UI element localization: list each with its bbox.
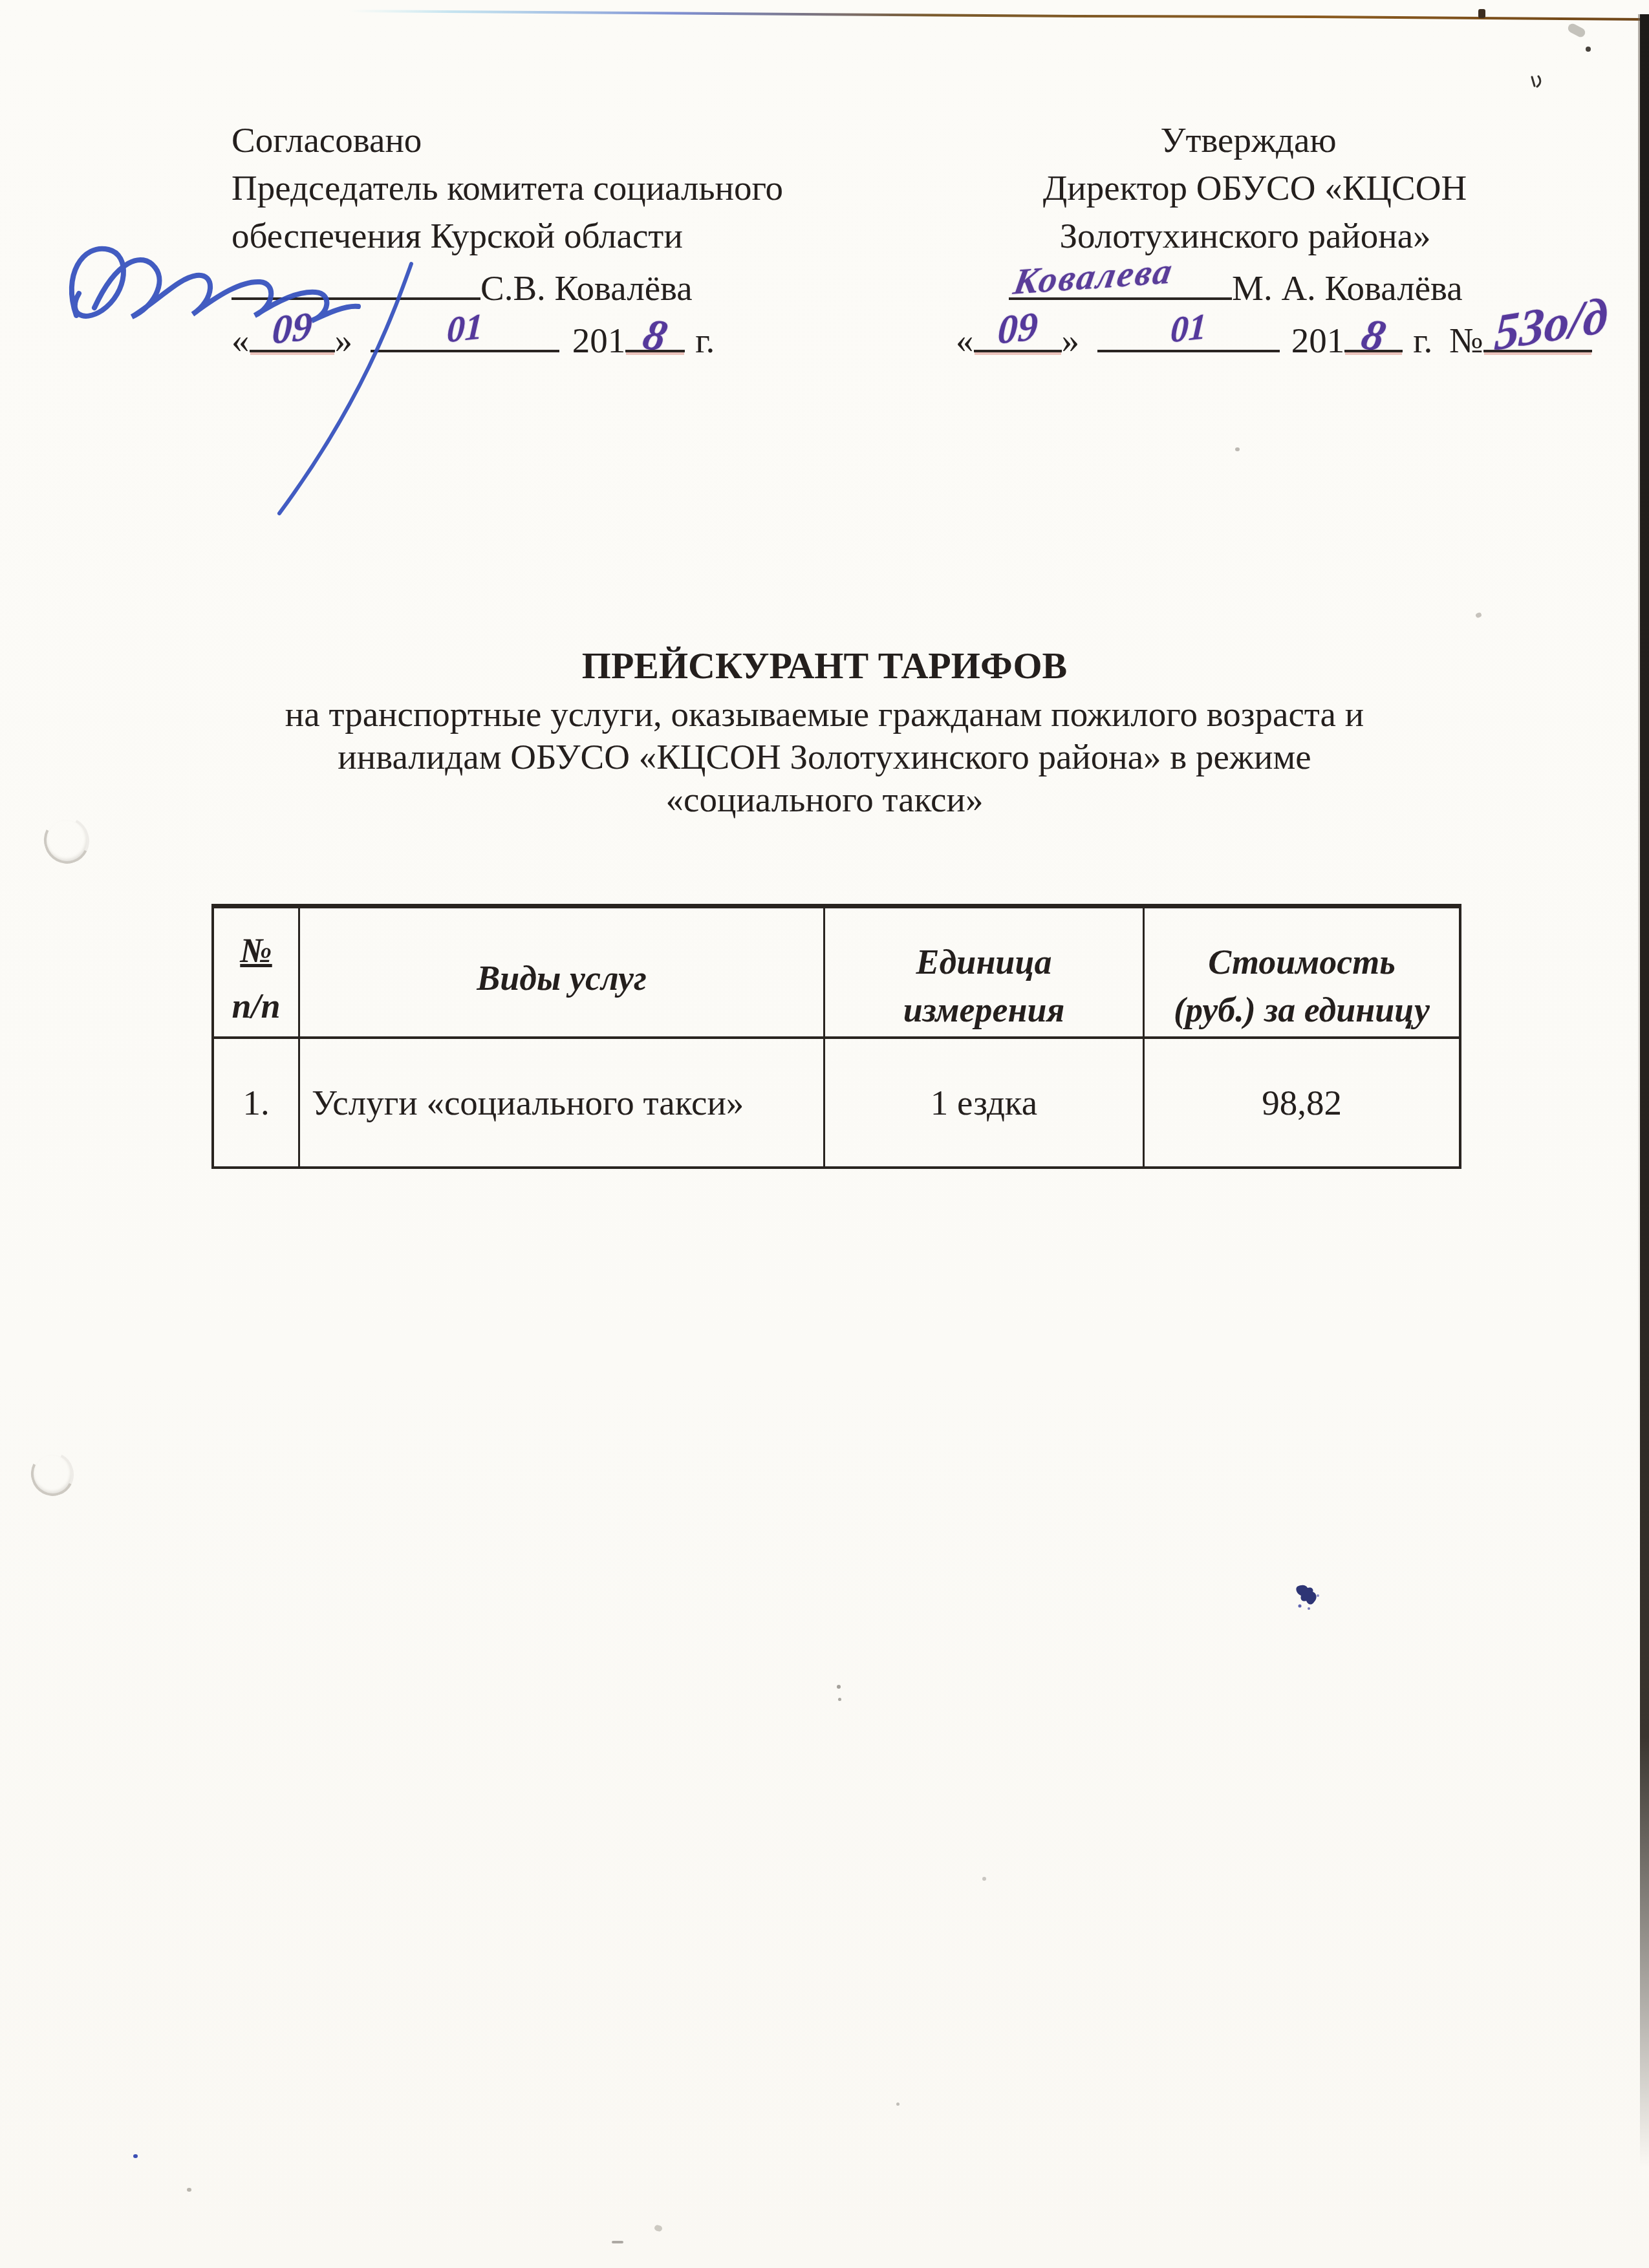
agreed-year-handwritten: 8: [621, 312, 689, 358]
table-header-services: Виды услуг: [300, 908, 825, 1039]
hole-punch-mark-bottom: [25, 1446, 80, 1501]
approved-signature-blank: Ковалева: [1009, 260, 1232, 300]
table-row-cost: 98,82: [1145, 1039, 1459, 1166]
approved-year-handwritten: 8: [1341, 312, 1407, 358]
scan-speck: [838, 1698, 841, 1701]
table-header-num-sign: №: [240, 923, 272, 978]
agreed-year-blank: 8: [625, 312, 685, 352]
approved-year-prefix: 201: [1291, 321, 1345, 360]
document-subtitle-line2: инвалидам ОБУСО «КЦСОН Золотухинского ра…: [0, 736, 1649, 778]
signature-scribble-agreed: [57, 230, 445, 534]
approved-org-line1: Директор ОБУСО «КЦСОН: [956, 164, 1649, 212]
ink-blot: [1292, 1581, 1324, 1612]
approved-signature-script: Ковалева: [1011, 253, 1176, 301]
quote-close: »: [1062, 321, 1080, 360]
document-subtitle-line1: на транспортные услуги, оказываемые граж…: [0, 693, 1649, 736]
table-header-num: № п/п: [214, 908, 300, 1039]
agreed-heading: Согласовано: [232, 116, 911, 164]
scan-speck: [837, 1685, 841, 1689]
scanned-document-page: Согласовано Председатель комитета социал…: [0, 0, 1649, 2268]
table-row-service: Услуги «социального такси»: [300, 1039, 825, 1166]
table-header-cost: Стоимость (руб.) за единицу: [1145, 908, 1459, 1039]
scan-speck: [1475, 612, 1482, 619]
approved-year-blank: 8: [1344, 312, 1403, 352]
scan-speck: [654, 2225, 663, 2232]
agreed-signer-name: С.В. Ковалёва: [480, 268, 693, 308]
scan-speck: [187, 2188, 191, 2192]
table-header-cost-line2: (руб.) за единицу: [1174, 986, 1430, 1034]
tariff-table: № п/п Виды услуг Единица измерения Стоим…: [211, 904, 1461, 1169]
corner-pen-mark: [1530, 75, 1544, 89]
table-row-num: 1.: [214, 1039, 300, 1166]
scan-speck: [896, 2102, 900, 2106]
scan-speck: [133, 2154, 138, 2158]
table-header-services-label: Виды услуг: [477, 958, 647, 998]
approved-month-blank: 01: [1097, 312, 1280, 352]
scan-speck: [982, 1877, 986, 1881]
table-header-unit-line2: измерения: [903, 986, 1065, 1034]
approved-heading: Утверждаю: [956, 116, 1649, 164]
agreed-year-prefix: 201: [572, 321, 626, 360]
approved-day-blank: 09: [974, 312, 1062, 352]
approved-org-line2: Золотухинского района»: [956, 212, 1649, 260]
table-header-cost-line1: Стоимость: [1208, 938, 1396, 986]
title-block: ПРЕЙСКУРАНТ ТАРИФОВ на транспортные услу…: [0, 639, 1649, 821]
approved-date-suffix: г.: [1413, 321, 1432, 360]
approved-day-handwritten: 09: [973, 304, 1062, 354]
table-header-num-pp: п/п: [232, 978, 280, 1034]
document-title: ПРЕЙСКУРАНТ ТАРИФОВ: [0, 639, 1649, 693]
quote-open: «: [956, 321, 974, 360]
scan-speck: [612, 2241, 623, 2243]
scan-paper-edge-line: [0, 0, 1649, 28]
scan-speck: [1235, 447, 1240, 451]
document-subtitle-line3: «социального такси»: [0, 778, 1649, 821]
table-header-unit-line1: Единица: [916, 938, 1052, 986]
agreed-date-suffix: г.: [695, 321, 715, 360]
agreed-org-line1: Председатель комитета социального: [232, 164, 911, 212]
scan-speck: [1586, 47, 1591, 52]
table-header-unit: Единица измерения: [825, 908, 1145, 1039]
approved-number-sign: №: [1449, 321, 1483, 360]
table-row-unit: 1 ездка: [825, 1039, 1145, 1166]
